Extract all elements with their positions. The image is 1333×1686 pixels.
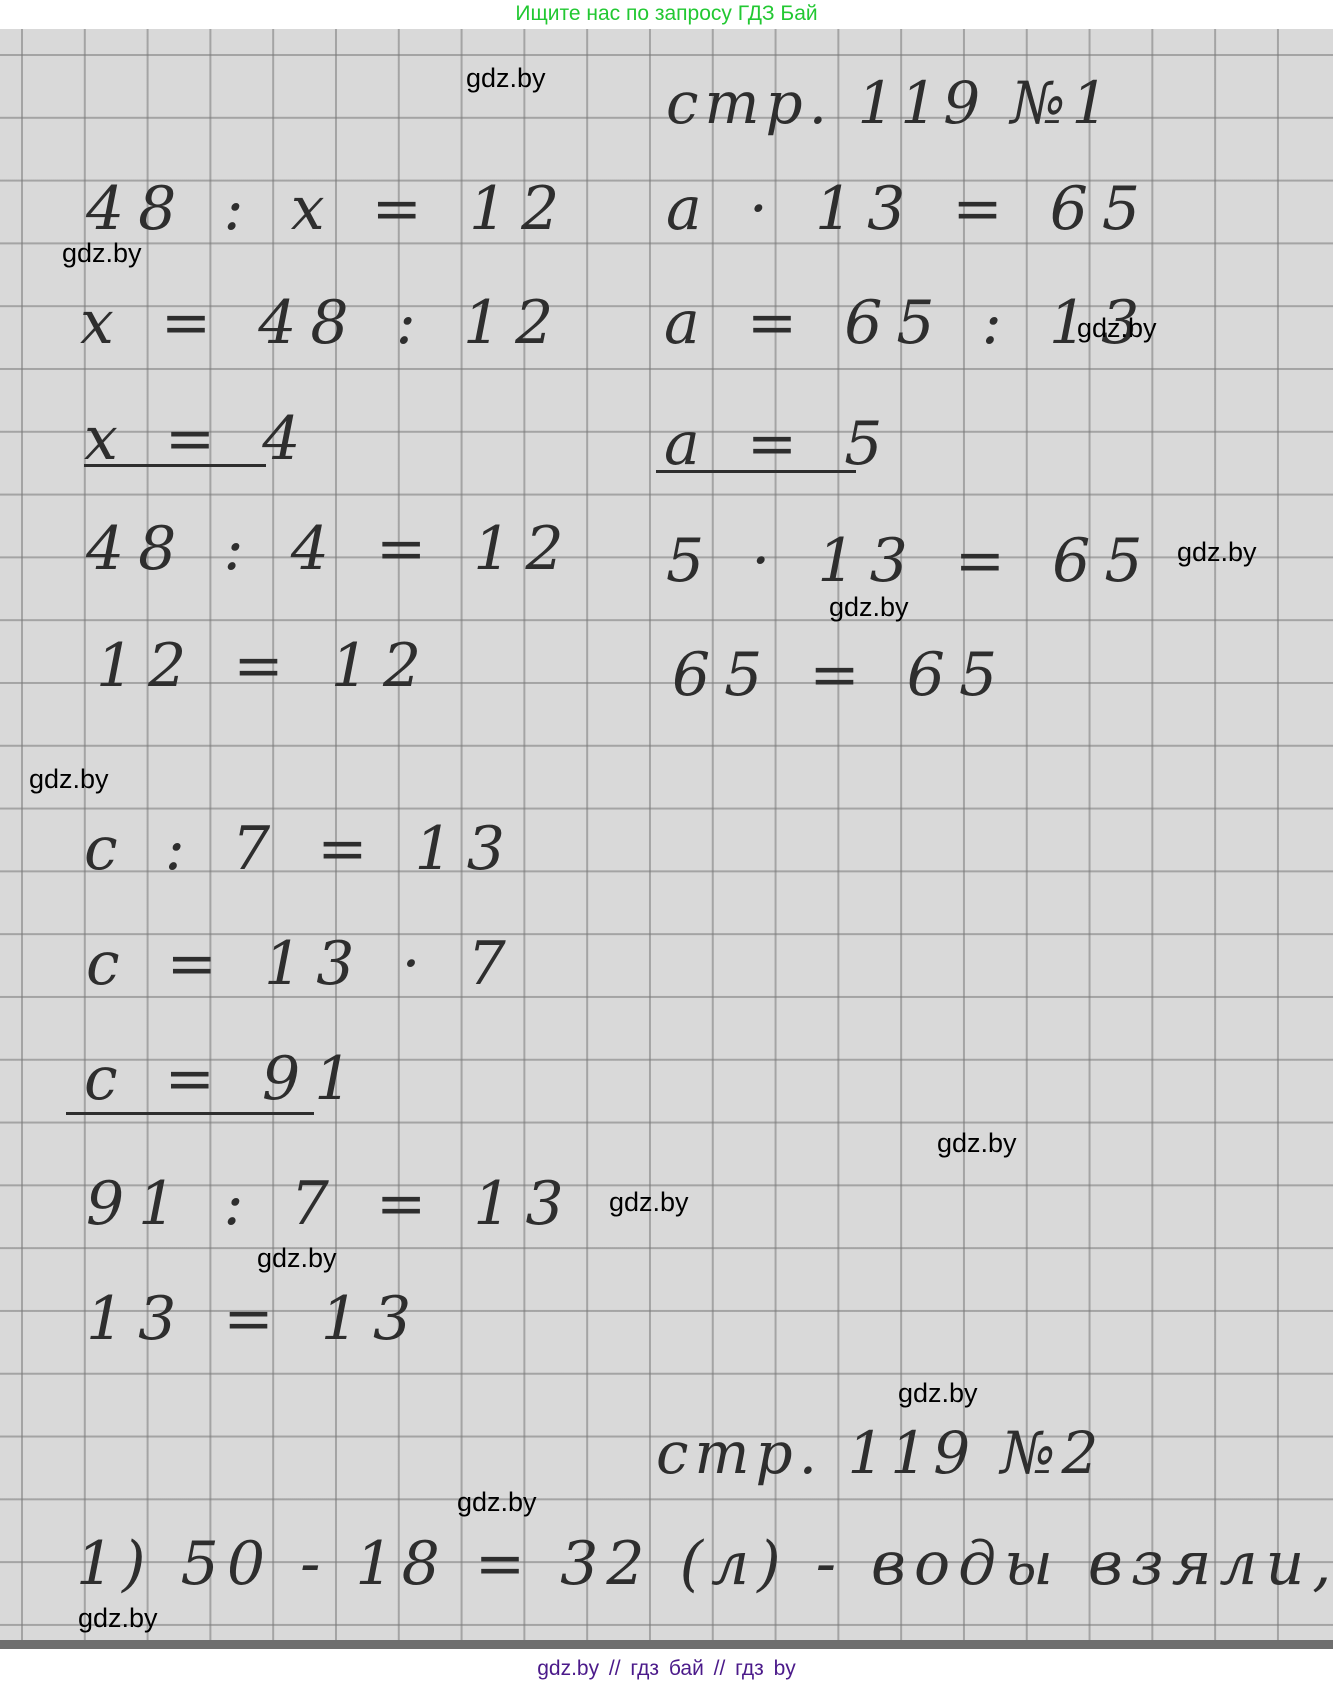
equation-line: x = 48 : 12 [80,293,567,353]
watermark: gdz.by [78,1605,158,1632]
answer-underline [84,464,266,467]
watermark: gdz.by [62,240,142,267]
equation-line: c : 7 = 13 [84,819,519,879]
watermark: gdz.by [829,594,909,621]
equation-line: c = 13 · 7 [86,934,520,994]
answer-line: a = 5 [664,414,896,474]
check-line: 48 : 4 = 12 [86,519,578,579]
exercise-1-heading: стр. 119 №1 [666,74,1114,132]
watermark: gdz.by [457,1489,537,1516]
equation-line: a · 13 = 65 [666,179,1154,239]
bottom-banner[interactable]: gdz.by // гдз бай // гдз by [0,1652,1333,1686]
answer-underline [66,1112,314,1115]
watermark: gdz.by [937,1130,1017,1157]
equation-line: 48 : x = 12 [86,179,573,239]
answer-line: x = 4 [84,409,314,469]
watermark: gdz.by [1177,539,1257,566]
watermark: gdz.by [1077,315,1157,342]
watermark: gdz.by [609,1189,689,1216]
answer-line: c = 91 [84,1049,366,1109]
check-result-line: 65 = 65 [672,645,1011,705]
check-line: 91 : 7 = 13 [86,1174,578,1234]
watermark: gdz.by [898,1380,978,1407]
check-line: 5 · 13 = 65 [666,531,1157,591]
watermark: gdz.by [466,65,546,92]
check-result-line: 13 = 13 [86,1289,425,1349]
exercise-2-heading: стр. 119 №2 [656,1424,1104,1482]
top-banner[interactable]: Ищите нас по запросу ГДЗ Бай [0,0,1333,29]
watermark: gdz.by [29,766,109,793]
answer-underline [656,470,856,473]
notebook-page: стр. 119 №1 48 : x = 12 x = 48 : 12 x = … [0,29,1333,1649]
solution-line: 1) 50 - 18 = 32 (л) - воды взяли, [76,1534,1333,1594]
check-result-line: 12 = 12 [96,636,435,696]
watermark: gdz.by [257,1245,337,1272]
